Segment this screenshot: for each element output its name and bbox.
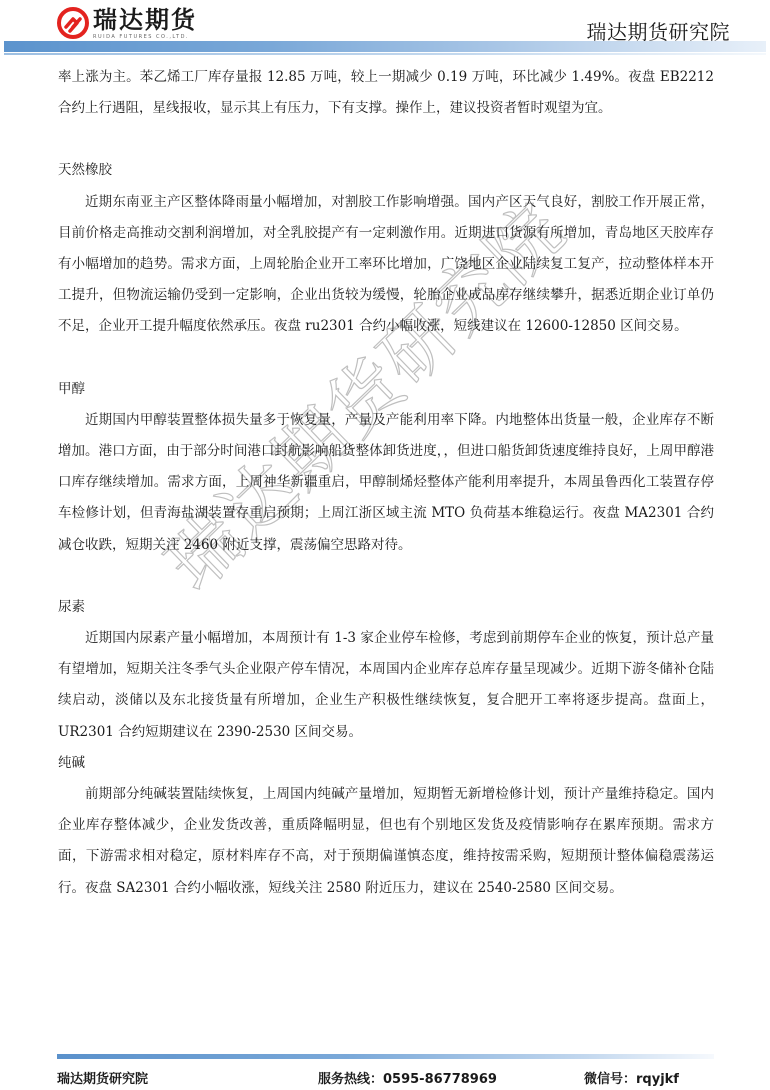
ruida-logo-icon xyxy=(57,7,89,39)
footer-hotline: 服务热线：0595-86778969 xyxy=(318,1068,497,1087)
logo-chinese-name: 瑞达期货 xyxy=(93,7,197,33)
methanol-paragraph: 近期国内甲醇装置整体损失量多于恢复量，产量及产能利用率下降。内地整体出货量一般，… xyxy=(58,405,714,561)
section-title-methanol: 甲醇 xyxy=(58,374,714,405)
natural-rubber-paragraph: 近期东南亚主产区整体降雨量小幅增加，对割胶工作影响增强。国内产区天气良好，割胶工… xyxy=(58,187,714,343)
header-divider-bar xyxy=(4,41,766,52)
report-body: 率上涨为主。苯乙烯工厂库存量报 12.85 万吨，较上一期减少 0.19 万吨，… xyxy=(58,62,714,904)
urea-paragraph: 近期国内尿素产量小幅增加，本周预计有 1-3 家企业停车检修，考虑到前期停车企业… xyxy=(58,623,714,748)
footer-wechat: 微信号：rqyjkf xyxy=(584,1068,679,1087)
company-logo: 瑞达期货 RUIDA FUTURES CO.,LTD. xyxy=(57,4,197,42)
section-title-soda-ash: 纯碱 xyxy=(58,748,714,779)
soda-ash-paragraph: 前期部分纯碱装置陆续恢复，上周国内纯碱产量增加，短期暂无新增检修计划，预计产量维… xyxy=(58,779,714,904)
footer-divider-bar xyxy=(57,1054,714,1059)
logo-english-name: RUIDA FUTURES CO.,LTD. xyxy=(93,34,197,40)
footer-org-name: 瑞达期货研究院 xyxy=(57,1068,148,1087)
header-divider-line xyxy=(4,53,766,55)
page-header: 瑞达期货 RUIDA FUTURES CO.,LTD. 瑞达期货研究院 xyxy=(0,0,770,60)
section-title-urea: 尿素 xyxy=(58,592,714,623)
styrene-paragraph-continued: 率上涨为主。苯乙烯工厂库存量报 12.85 万吨，较上一期减少 0.19 万吨，… xyxy=(58,62,714,124)
section-title-natural-rubber: 天然橡胶 xyxy=(58,155,714,186)
